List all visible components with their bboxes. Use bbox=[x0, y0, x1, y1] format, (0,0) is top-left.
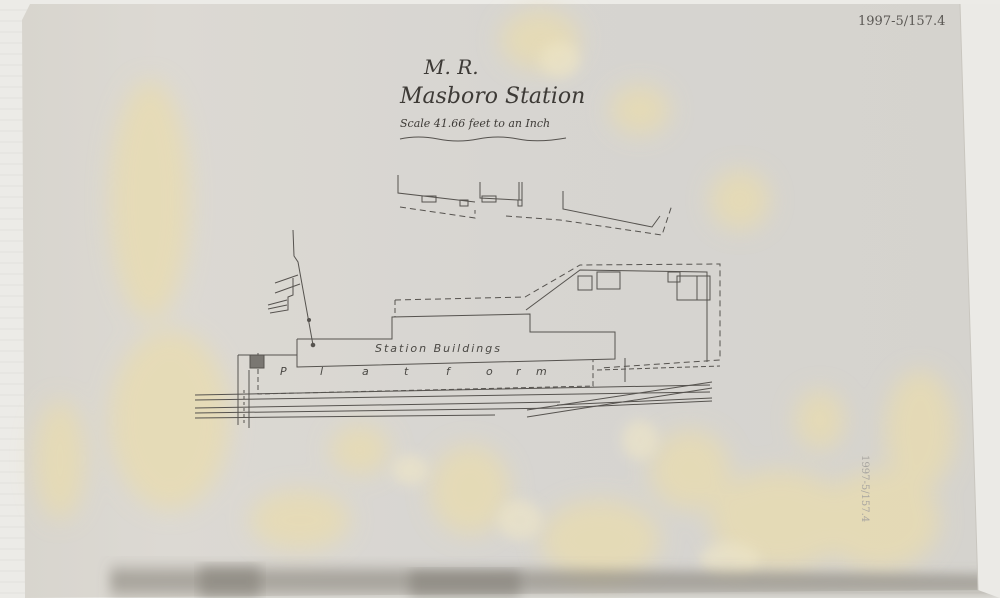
scale-note: Scale 41.66 feet to an Inch bbox=[400, 117, 550, 130]
platform-letter: t bbox=[404, 365, 408, 378]
station-buildings-label: Station Buildings bbox=[375, 342, 502, 355]
platform-letter: r bbox=[516, 365, 521, 378]
platform-letter: o bbox=[486, 365, 493, 378]
scale-underline bbox=[398, 134, 568, 144]
title-line-1: M. R. bbox=[424, 55, 479, 79]
drawing-sheet: M. R. Masboro Station Scale 41.66 feet t… bbox=[0, 0, 1000, 598]
platform-letter: l bbox=[320, 365, 323, 378]
platform-letter: P bbox=[280, 365, 287, 378]
platform-letter: m bbox=[536, 365, 547, 378]
title-line-2: Masboro Station bbox=[400, 84, 585, 109]
platform-label: P l a t f o r m bbox=[280, 365, 580, 381]
accession-number: 1997-5/157.4 bbox=[858, 14, 945, 29]
platform-letter: a bbox=[362, 365, 369, 378]
side-annotation: 1997-5/157.4 bbox=[859, 455, 870, 522]
stair-hatch bbox=[250, 355, 264, 368]
platform-letter: f bbox=[446, 365, 450, 378]
